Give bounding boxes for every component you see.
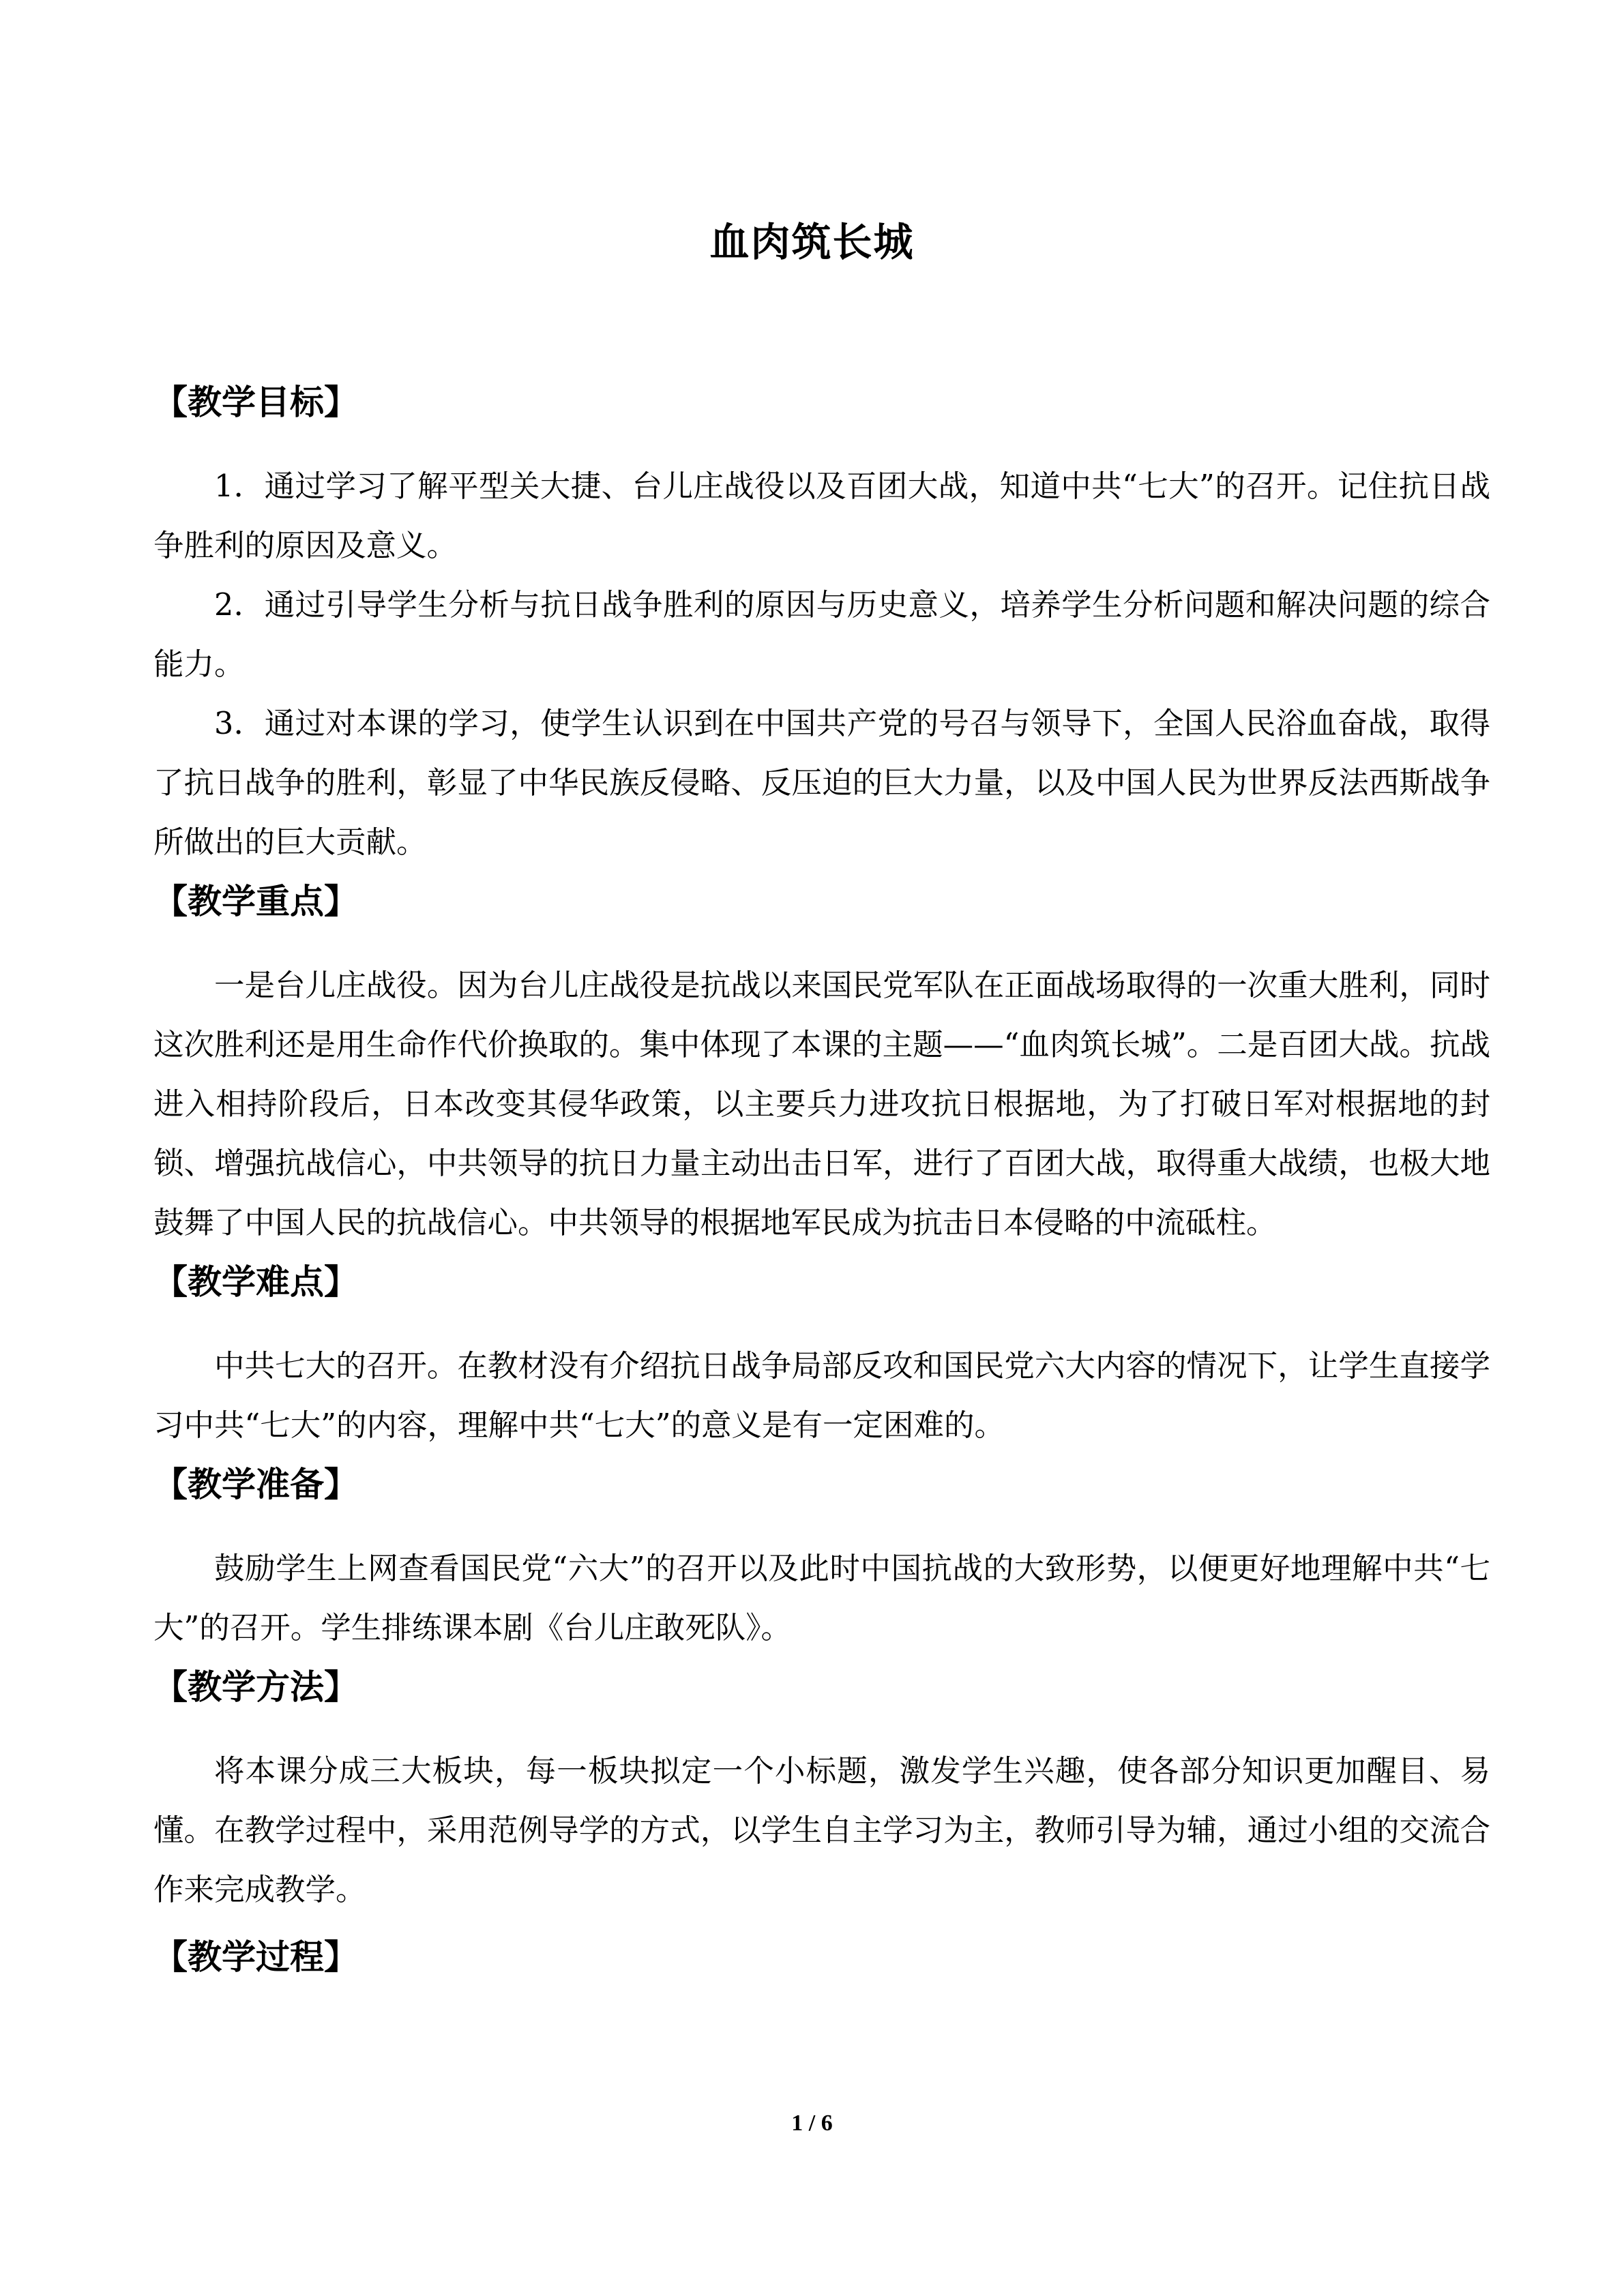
section-heading: 【教学方法】 [153, 1663, 1490, 1711]
section-heading: 【教学难点】 [153, 1258, 1490, 1306]
section-teaching-objectives: 【教学目标】 1．通过学习了解平型关大捷、台儿庄战役以及百团大战，知道中共“七大… [153, 378, 1490, 872]
section-difficulties: 【教学难点】 中共七大的召开。在教材没有介绍抗日战争局部反攻和国民党六大内容的情… [153, 1253, 1490, 1455]
document-title: 血肉筑长城 [0, 211, 1624, 273]
difficulties-paragraph: 中共七大的召开。在教材没有介绍抗日战争局部反攻和国民党六大内容的情况下，让学生直… [153, 1337, 1490, 1455]
section-heading: 【教学准备】 [153, 1461, 1490, 1508]
preparation-paragraph: 鼓励学生上网查看国民党“六大”的召开以及此时中国抗战的大致形势，以便更好地理解中… [153, 1539, 1490, 1658]
key-points-paragraph: 一是台儿庄战役。因为台儿庄战役是抗战以来国民党军队在正面战场取得的一次重大胜利，… [153, 956, 1490, 1253]
document-page: 血肉筑长城 【教学目标】 1．通过学习了解平型关大捷、台儿庄战役以及百团大战，知… [0, 0, 1624, 2296]
document-body: 【教学目标】 1．通过学习了解平型关大捷、台儿庄战役以及百团大战，知道中共“七大… [153, 378, 1490, 1981]
section-methods: 【教学方法】 将本课分成三大板块，每一板块拟定一个小标题，激发学生兴趣，使各部分… [153, 1658, 1490, 1920]
objective-item-1: 1．通过学习了解平型关大捷、台儿庄战役以及百团大战，知道中共“七大”的召开。记住… [153, 457, 1490, 576]
section-heading: 【教学目标】 [153, 378, 1490, 426]
objective-item-2: 2．通过引导学生分析与抗日战争胜利的原因与历史意义，培养学生分析问题和解决问题的… [153, 576, 1490, 694]
section-heading: 【教学过程】 [153, 1933, 1490, 1981]
section-process: 【教学过程】 [153, 1920, 1490, 1981]
section-heading: 【教学重点】 [153, 878, 1490, 925]
section-preparation: 【教学准备】 鼓励学生上网查看国民党“六大”的召开以及此时中国抗战的大致形势，以… [153, 1455, 1490, 1658]
methods-paragraph: 将本课分成三大板块，每一板块拟定一个小标题，激发学生兴趣，使各部分知识更加醒目、… [153, 1742, 1490, 1920]
section-key-points: 【教学重点】 一是台儿庄战役。因为台儿庄战役是抗战以来国民党军队在正面战场取得的… [153, 872, 1490, 1253]
objective-item-3: 3．通过对本课的学习，使学生认识到在中国共产党的号召与领导下，全国人民浴血奋战，… [153, 694, 1490, 872]
page-number: 1 / 6 [0, 2111, 1624, 2136]
